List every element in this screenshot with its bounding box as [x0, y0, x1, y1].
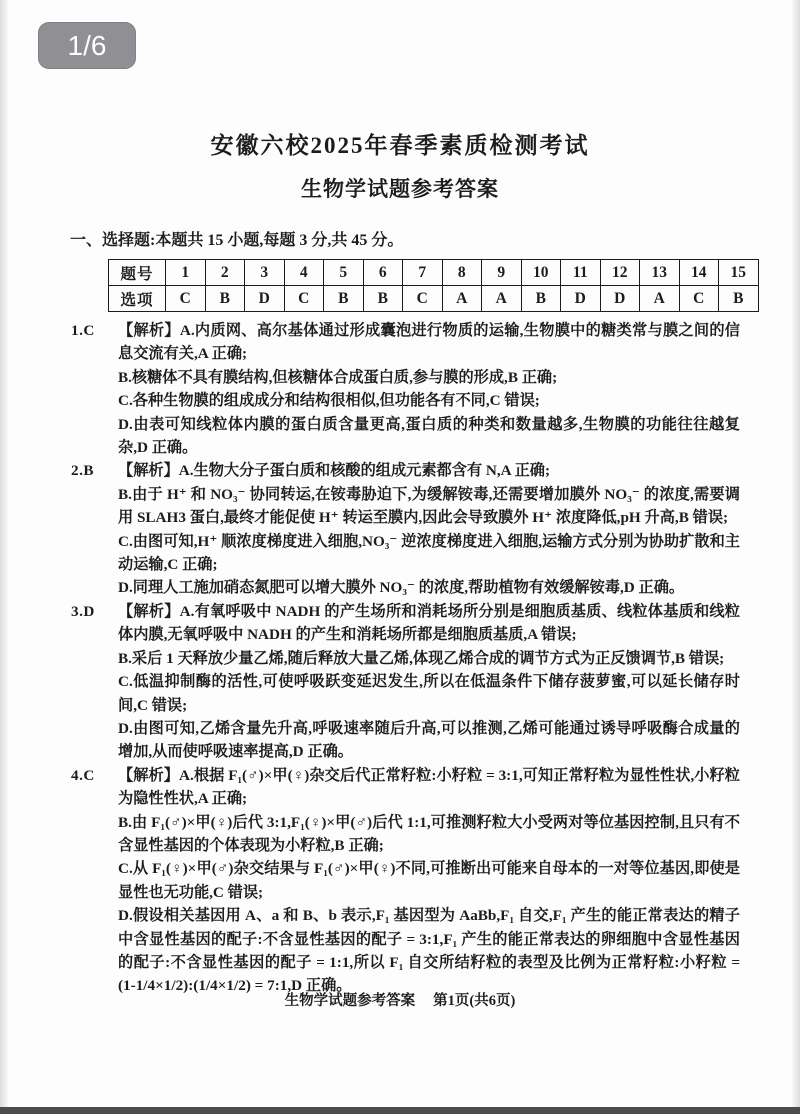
explanation-paragraph: B.由 F₁(♂)×甲(♀)后代 3:1,F₁(♀)×甲(♂)后代 1:1,可推…: [118, 811, 740, 858]
question-explanation-block: 1.C 【解析】A.内质网、高尔基体通过形成囊泡进行物质的运输,生物膜中的糖类常…: [71, 319, 740, 459]
question-explanation-body: 【解析】A.生物大分子蛋白质和核酸的组成元素都含有 N,A 正确;B.由于 H⁺…: [118, 459, 740, 599]
explanation-paragraph: B.由于 H⁺ 和 NO₃⁻ 协同转运,在铵毒胁迫下,为缓解铵毒,还需要增加膜外…: [118, 483, 740, 530]
explanation-paragraph: D.由图可知,乙烯含量先升高,呼吸速率随后升高,可以推测,乙烯可能通过诱导呼吸酶…: [118, 717, 740, 764]
bottom-dark-bar: [0, 1107, 800, 1114]
exam-subtitle: 生物学试题参考答案: [0, 173, 800, 203]
exam-title: 安徽六校2025年春季素质检测考试: [0, 0, 800, 160]
explanation-paragraph: B.核糖体不具有膜结构,但核糖体合成蛋白质,参与膜的形成,B 正确;: [118, 366, 740, 389]
question-number-cell: 13: [640, 260, 680, 286]
question-explanation-body: 【解析】A.根据 F₁(♂)×甲(♀)杂交后代正常籽粒:小籽粒 = 3:1,可知…: [118, 764, 740, 998]
explanation-paragraph: 【解析】A.根据 F₁(♂)×甲(♀)杂交后代正常籽粒:小籽粒 = 3:1,可知…: [118, 764, 740, 811]
answer-table-option-header: 选项: [109, 286, 166, 312]
question-number-cell: 1: [166, 260, 206, 286]
answer-letter-cell: A: [482, 286, 522, 312]
explanation-paragraph: D.假设相关基因用 A、a 和 B、b 表示,F₁ 基因型为 AaBb,F₁ 自…: [118, 904, 740, 998]
explanation-paragraph: 【解析】A.生物大分子蛋白质和核酸的组成元素都含有 N,A 正确;: [118, 459, 740, 482]
question-number-cell: 12: [600, 260, 640, 286]
question-explanation-block: 4.C 【解析】A.根据 F₁(♂)×甲(♀)杂交后代正常籽粒:小籽粒 = 3:…: [71, 764, 740, 998]
answer-letter-cell: C: [166, 286, 206, 312]
question-answer-label: 2.B: [71, 459, 118, 482]
explanation-paragraph: D.同理人工施加硝态氮肥可以增大膜外 NO₃⁻ 的浓度,帮助植物有效缓解铵毒,D…: [118, 576, 740, 599]
answer-key-table: 题号 123456789101112131415 选项 CBDCBBCAABDD…: [108, 259, 759, 312]
answer-letter-cell: A: [640, 286, 680, 312]
explanations-list: 1.C 【解析】A.内质网、高尔基体通过形成囊泡进行物质的运输,生物膜中的糖类常…: [71, 319, 740, 998]
answer-table-number-row: 题号 123456789101112131415: [109, 260, 759, 286]
question-explanation-block: 2.B 【解析】A.生物大分子蛋白质和核酸的组成元素都含有 N,A 正确;B.由…: [71, 459, 740, 599]
answer-letter-cell: B: [363, 286, 403, 312]
explanation-paragraph: C.低温抑制酶的活性,可使呼吸跃变延迟发生,所以在低温条件下储存菠萝蜜,可以延长…: [118, 670, 740, 717]
answer-letter-cell: A: [442, 286, 482, 312]
question-explanation-body: 【解析】A.有氧呼吸中 NADH 的产生场所和消耗场所分别是细胞质基质、线粒体基…: [118, 600, 740, 764]
question-answer-label: 3.D: [71, 600, 118, 623]
explanation-paragraph: C.各种生物膜的组成成分和结构很相似,但功能各有不同,C 错误;: [118, 389, 740, 412]
answer-letter-cell: B: [521, 286, 561, 312]
question-answer-label: 4.C: [71, 764, 118, 787]
answer-letter-cell: B: [205, 286, 245, 312]
answer-letter-cell: D: [561, 286, 601, 312]
answer-letter-cell: C: [284, 286, 324, 312]
explanation-paragraph: 【解析】A.内质网、高尔基体通过形成囊泡进行物质的运输,生物膜中的糖类常与膜之间…: [118, 319, 740, 366]
question-number-cell: 2: [205, 260, 245, 286]
scanned-document-page: 安徽六校2025年春季素质检测考试 生物学试题参考答案 一、选择题:本题共 15…: [0, 0, 800, 1114]
question-number-cell: 4: [284, 260, 324, 286]
question-number-cell: 6: [363, 260, 403, 286]
question-number-cell: 10: [521, 260, 561, 286]
explanation-paragraph: C.从 F₁(♀)×甲(♂)杂交结果与 F₁(♂)×甲(♀)不同,可推断出可能来…: [118, 857, 740, 904]
answer-table-number-header: 题号: [109, 260, 166, 286]
question-number-cell: 3: [245, 260, 285, 286]
footer-doc-label: 生物学试题参考答案: [285, 989, 416, 1010]
answer-letter-cell: C: [679, 286, 719, 312]
answer-letter-cell: D: [600, 286, 640, 312]
footer-page-label: 第1页(共6页): [433, 989, 515, 1010]
section-header-multiple-choice: 一、选择题:本题共 15 小题,每题 3 分,共 45 分。: [70, 227, 738, 250]
answer-letter-cell: B: [324, 286, 364, 312]
answer-table-option-row: 选项 CBDCBBCAABDDACB: [109, 286, 759, 312]
question-number-cell: 5: [324, 260, 364, 286]
question-number-cell: 14: [679, 260, 719, 286]
question-number-cell: 11: [561, 260, 601, 286]
page-footer: 生物学试题参考答案 第1页(共6页): [0, 989, 800, 1010]
question-number-cell: 15: [719, 260, 759, 286]
question-explanation-block: 3.D 【解析】A.有氧呼吸中 NADH 的产生场所和消耗场所分别是细胞质基质、…: [71, 600, 740, 764]
answer-letter-cell: C: [403, 286, 443, 312]
question-explanation-body: 【解析】A.内质网、高尔基体通过形成囊泡进行物质的运输,生物膜中的糖类常与膜之间…: [118, 319, 740, 459]
question-answer-label: 1.C: [71, 319, 118, 342]
question-number-cell: 7: [403, 260, 443, 286]
explanation-paragraph: B.采后 1 天释放少量乙烯,随后释放大量乙烯,体现乙烯合成的调节方式为正反馈调…: [118, 647, 740, 670]
explanation-paragraph: D.由表可知线粒体内膜的蛋白质含量更高,蛋白质的种类和数量越多,生物膜的功能往往…: [118, 413, 740, 460]
document-viewer: 1/6 安徽六校2025年春季素质检测考试 生物学试题参考答案 一、选择题:本题…: [0, 0, 800, 1114]
explanation-paragraph: 【解析】A.有氧呼吸中 NADH 的产生场所和消耗场所分别是细胞质基质、线粒体基…: [118, 600, 740, 647]
question-number-cell: 8: [442, 260, 482, 286]
answer-letter-cell: B: [719, 286, 759, 312]
question-number-cell: 9: [482, 260, 522, 286]
explanation-paragraph: C.由图可知,H⁺ 顺浓度梯度进入细胞,NO₃⁻ 逆浓度梯度进入细胞,运输方式分…: [118, 530, 740, 577]
answer-letter-cell: D: [245, 286, 285, 312]
